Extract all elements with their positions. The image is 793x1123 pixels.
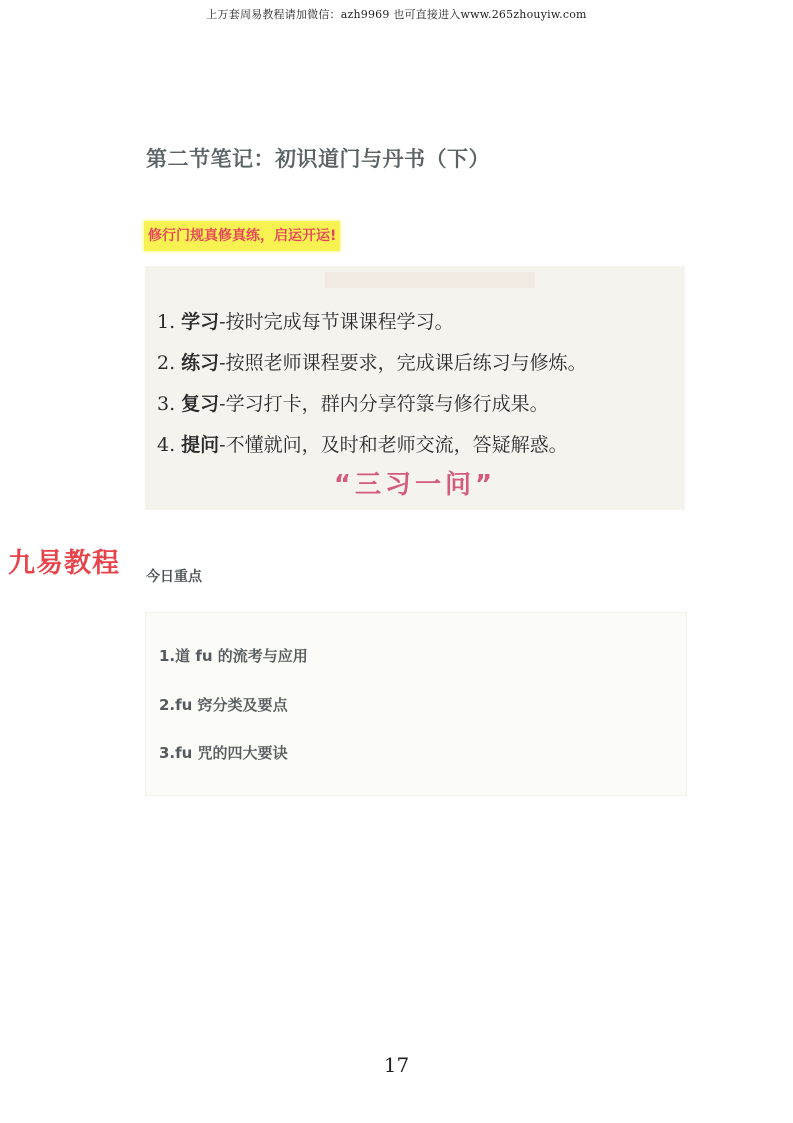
page-number: 17 <box>0 1053 793 1077</box>
rule-number: 1. <box>157 311 175 333</box>
rule-item: 3.复习-学习打卡，群内分享符箓与修行成果。 <box>157 384 587 425</box>
rules-box: 1.学习-按时完成每节课课程学习。 2.练习-按照老师课程要求，完成课后练习与修… <box>145 266 685 510</box>
rule-key: 复习 <box>181 393 219 415</box>
rule-number: 2. <box>157 352 175 374</box>
rule-key: 提问 <box>181 434 219 456</box>
rule-number: 4. <box>157 434 175 456</box>
rule-key: 学习 <box>181 311 219 333</box>
rule-text: -学习打卡，群内分享符箓与修行成果。 <box>219 393 548 415</box>
rule-item: 1.学习-按时完成每节课课程学习。 <box>157 302 587 343</box>
focus-label: 今日重点 <box>146 566 202 586</box>
rule-key: 练习 <box>181 352 219 374</box>
motto: “三习一问” <box>145 464 685 501</box>
rule-item: 2.练习-按照老师课程要求，完成课后练习与修炼。 <box>157 343 587 384</box>
rule-text: -按时完成每节课课程学习。 <box>219 311 453 333</box>
focus-item: 3.fu 咒的四大要诀 <box>159 742 288 763</box>
rule-item: 4.提问-不懂就问，及时和老师交流，答疑解惑。 <box>157 425 587 466</box>
focus-item: 2.fu 窍分类及要点 <box>159 694 288 715</box>
rule-text: -按照老师课程要求，完成课后练习与修炼。 <box>219 352 586 374</box>
section-title: 第二节笔记：初识道门与丹书（下） <box>146 143 490 173</box>
focus-item: 1.道 fu 的流考与应用 <box>159 645 308 666</box>
focus-box: 1.道 fu 的流考与应用 2.fu 窍分类及要点 3.fu 咒的四大要诀 <box>145 612 687 796</box>
slogan-highlight: 修行门规真修真练，启运开运! <box>144 221 340 251</box>
rule-list: 1.学习-按时完成每节课课程学习。 2.练习-按照老师课程要求，完成课后练习与修… <box>157 302 587 466</box>
header-note: 上万套周易教程请加微信：azh9969 也可直接进入www.265zhouyiw… <box>0 6 793 22</box>
brand-watermark: 九易教程 <box>8 541 120 580</box>
rule-number: 3. <box>157 393 175 415</box>
rule-text: -不懂就问，及时和老师交流，答疑解惑。 <box>219 434 567 456</box>
decorative-band <box>325 272 535 288</box>
